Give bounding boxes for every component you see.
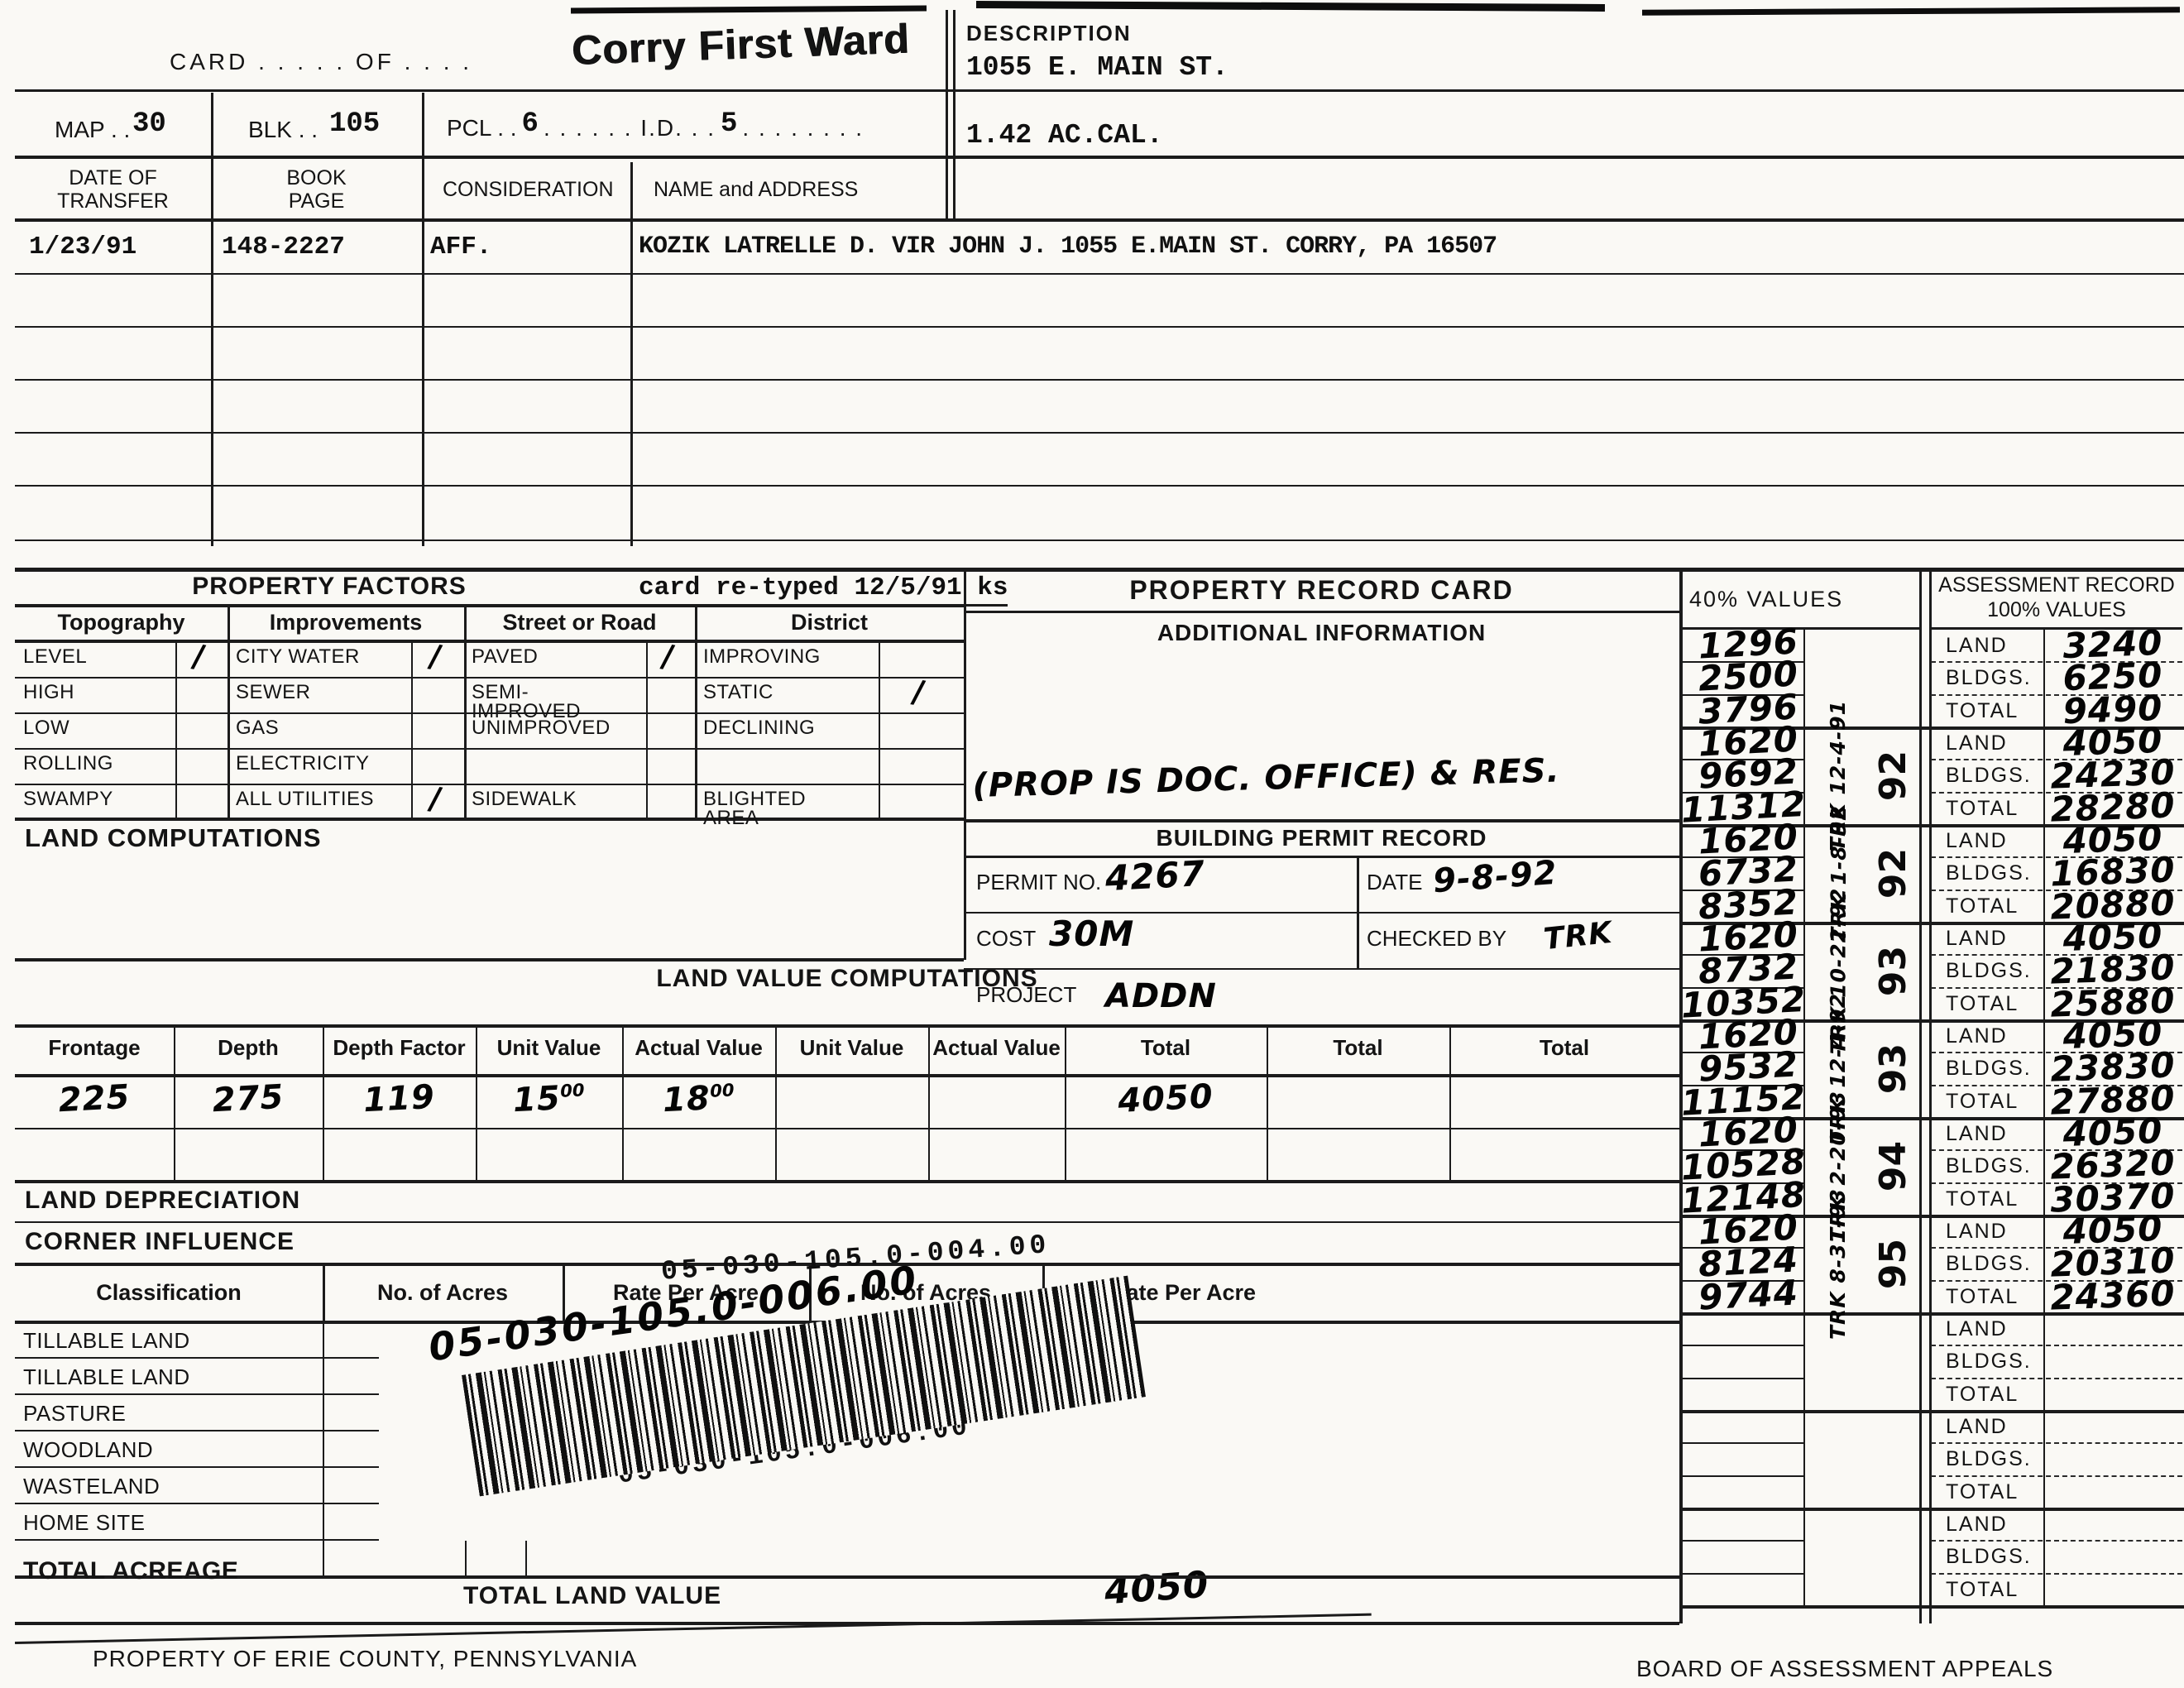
pcl-row: PCL . . 6 . . . . . . I.D. . . 5 . . . .…	[447, 109, 864, 141]
assessment-label-land: LAND	[1946, 732, 2008, 755]
assessment-row-divider	[1931, 1475, 2182, 1477]
lvc-header-4: Unit Value	[477, 1036, 620, 1060]
pcl-label: PCL . .	[447, 109, 517, 141]
description-value: 1055 E. MAIN ST.	[966, 53, 1228, 83]
transfer-date: 1/23/91	[29, 233, 136, 261]
grid-line	[646, 640, 648, 818]
grid-line	[15, 1357, 379, 1359]
factor-improving: IMPROVING	[703, 648, 836, 667]
assessment-label-land: LAND	[1946, 1513, 2008, 1537]
assessment-label-land: LAND	[1946, 1025, 2008, 1048]
additional-information-label: ADDITIONAL INFORMATION	[964, 621, 1679, 646]
cost-value: 30M	[1049, 915, 1134, 953]
footer-board: BOARD OF ASSESSMENT APPEALS	[1636, 1657, 2053, 1682]
assessment-label-land: LAND	[1946, 1220, 2008, 1244]
assessment-label-land: LAND	[1946, 928, 2008, 951]
classification-row-woodland: WOODLAND	[23, 1438, 153, 1462]
year-stamp: 92	[1868, 727, 1919, 824]
grid-line	[1679, 1410, 2184, 1413]
factor-column-2: Improvements	[227, 611, 464, 635]
grid-line	[15, 1128, 1679, 1129]
footer-county: PROPERTY OF ERIE COUNTY, PENNSYLVANIA	[93, 1647, 637, 1672]
total-land-value-amount: 4050	[1103, 1566, 1210, 1613]
permit-no-label: PERMIT NO.	[976, 870, 1101, 894]
lvc-value-1: 225	[16, 1077, 173, 1121]
retyped-note: card re-typed 12/5/91 ks	[639, 574, 1008, 607]
assessment-row-divider	[1931, 1540, 2182, 1542]
grid-line	[1681, 1475, 1803, 1477]
assessment-label-land: LAND	[1946, 635, 2008, 658]
year-stamp: 95	[1868, 1215, 1919, 1312]
id-value: 5	[721, 109, 737, 140]
checked-by-label: CHECKED BY	[1367, 927, 1506, 951]
assessment-row-divider	[1931, 1378, 2182, 1379]
grid-line	[15, 1575, 1679, 1579]
permit-no-value: 4267	[1104, 855, 1206, 898]
additional-information-note: (PROP IS DOC. OFFICE) & RES.	[972, 752, 1560, 804]
assessment-row-divider	[1931, 1442, 2182, 1444]
grid-line	[879, 640, 880, 818]
grid-line	[964, 611, 1679, 613]
transfer-header-consideration: CONSIDERATION	[443, 179, 614, 202]
assessment-label-land: LAND	[1946, 1318, 2008, 1341]
assessment-label-total: TOTAL	[1946, 1481, 2019, 1504]
assessment-value: 24360	[2046, 1274, 2180, 1317]
forty-percent-value: 9744	[1680, 1273, 1799, 1318]
assessment-title-line2: 100% VALUES	[1933, 599, 2181, 622]
factor-blighted-area: BLIGHTED AREA	[703, 790, 836, 828]
classification-row-tillable-land: TILLABLE LAND	[23, 1329, 190, 1353]
grid-line	[15, 432, 2184, 434]
factor-city-water: CITY WATER	[236, 648, 405, 667]
grid-line	[15, 677, 964, 679]
classification-row-total-acreage: TOTAL ACREAGE	[23, 1557, 238, 1585]
total-land-value-label: TOTAL LAND VALUE	[463, 1582, 721, 1609]
lvc-value-5: 1800	[623, 1077, 774, 1120]
acreage-value: 1.42 AC.CAL.	[966, 121, 1163, 151]
assessment-title-line1: ASSESSMENT RECORD	[1933, 574, 2181, 597]
lvc-header-1: Frontage	[17, 1036, 172, 1060]
lvc-header-7: Actual Value	[930, 1036, 1063, 1060]
land-computations-label: LAND COMPUTATIONS	[25, 824, 322, 852]
grid-line	[15, 1074, 1679, 1077]
grid-line	[1357, 856, 1359, 970]
grid-line	[15, 156, 2184, 159]
grid-line	[1679, 1605, 2184, 1609]
factor-static: STATIC	[703, 683, 836, 703]
blk-value: 105	[329, 109, 380, 140]
grid-line	[15, 1503, 379, 1504]
factor-column-4: District	[695, 611, 964, 635]
grid-line	[15, 640, 964, 643]
factor-swampy: SWAMPY	[23, 790, 170, 809]
property-record-card-scan: CARD . . . . . OF . . . . Corry First Wa…	[0, 0, 2184, 1688]
factor-unimproved: UNIMPROVED	[472, 719, 596, 738]
grid-line	[15, 604, 964, 607]
classification-header-2: No. of Acres	[323, 1281, 563, 1306]
factor-all-utilities: ALL UTILITIES	[236, 790, 405, 809]
grid-line	[2043, 627, 2045, 1605]
lvc-header-3: Depth Factor	[324, 1036, 474, 1060]
property-factors-title: PROPERTY FACTORS	[15, 573, 644, 600]
grid-line	[953, 10, 955, 222]
permit-date-label: DATE	[1367, 870, 1422, 894]
lvc-value-3: 119	[323, 1077, 475, 1120]
grid-line	[15, 1466, 379, 1468]
grid-line	[411, 640, 413, 818]
grid-line	[15, 1614, 1372, 1644]
scan-artifact	[571, 5, 927, 13]
assessment-label-bldgs: BLDGS.	[1946, 1350, 2032, 1374]
lvc-value-4: 1500	[477, 1077, 621, 1121]
factor-level: LEVEL	[23, 648, 170, 667]
checked-by-value: TRK	[1542, 917, 1614, 957]
classification-row-pasture: PASTURE	[23, 1402, 126, 1426]
assessment-label-land: LAND	[1946, 1416, 2008, 1439]
grid-line	[15, 273, 2184, 275]
grid-line	[15, 1539, 379, 1541]
grid-line	[15, 1180, 1679, 1183]
permit-date-value: 9-8-92	[1432, 855, 1559, 899]
assessment-label-total: TOTAL	[1946, 1286, 2019, 1309]
grid-line	[15, 784, 964, 785]
map-label: MAP . .	[55, 117, 130, 143]
grid-line	[1681, 1442, 1803, 1444]
grid-line	[1681, 1540, 1803, 1542]
assessment-label-land: LAND	[1946, 830, 2008, 853]
grid-line	[15, 326, 2184, 328]
transfer-header-date2: TRANSFER	[15, 190, 211, 213]
factor-electricity: ELECTRICITY	[236, 755, 405, 774]
land-depreciation-label: LAND DEPRECIATION	[25, 1187, 300, 1214]
pcl-value: 6	[522, 109, 539, 140]
grid-line	[1681, 1573, 1803, 1575]
grid-line	[465, 1541, 467, 1575]
lvc-value-2: 275	[175, 1077, 322, 1120]
property-record-card-title: PROPERTY RECORD CARD	[964, 576, 1679, 605]
lvc-header-6: Unit Value	[777, 1036, 927, 1060]
id-label: . . . . . . I.D. . .	[544, 109, 716, 141]
building-permit-title: BUILDING PERMIT RECORD	[964, 826, 1679, 851]
scan-artifact	[976, 1, 1605, 12]
values-40-title: 40% VALUES	[1689, 587, 1843, 612]
year-stamp: 93	[1868, 922, 1919, 1019]
blk-label: BLK . .	[248, 117, 318, 143]
factor-low: LOW	[23, 719, 170, 738]
assessment-label-bldgs: BLDGS.	[1946, 1057, 2032, 1081]
lvc-header-5: Actual Value	[624, 1036, 773, 1060]
factor-high: HIGH	[23, 683, 170, 703]
grid-line	[15, 958, 964, 961]
transfer-header-date: DATE OF	[15, 167, 211, 190]
transfer-header-page: PAGE	[211, 190, 422, 213]
assessment-label-bldgs: BLDGS.	[1946, 862, 2032, 885]
grid-line	[15, 539, 2184, 541]
grid-line	[227, 604, 230, 818]
assessment-label-total: TOTAL	[1946, 993, 2019, 1016]
grid-line	[964, 819, 1679, 822]
assessment-label-total: TOTAL	[1946, 1579, 2019, 1602]
classification-header-1: Classification	[15, 1281, 323, 1306]
grid-line	[15, 485, 2184, 487]
grid-line	[323, 1321, 324, 1575]
grid-line	[964, 568, 966, 960]
grid-line	[1679, 1508, 2184, 1511]
corner-influence-label: CORNER INFLUENCE	[25, 1228, 295, 1255]
ward-stamp: Corry First Ward	[571, 17, 910, 74]
grid-line	[1681, 1345, 1803, 1346]
lvc-header-2: Depth	[175, 1036, 321, 1060]
lvc-header-10: Total	[1451, 1036, 1678, 1060]
transfer-name-address: KOZIK LATRELLE D. VIR JOHN J. 1055 E.MAI…	[639, 233, 1497, 261]
grid-line	[695, 604, 697, 818]
factor-declining: DECLINING	[703, 719, 836, 738]
grid-line	[525, 1541, 527, 1575]
assessment-label-bldgs: BLDGS.	[1946, 1155, 2032, 1178]
year-stamp: 92	[1868, 824, 1919, 922]
grid-line	[15, 1024, 1679, 1028]
grid-line	[15, 748, 964, 750]
lvc-header-9: Total	[1268, 1036, 1448, 1060]
assessment-row-divider	[1931, 1573, 2182, 1575]
factor-sewer: SEWER	[236, 683, 405, 703]
grid-line	[15, 218, 2184, 222]
year-stamp: 93	[1868, 1019, 1919, 1117]
id-trailing-dots: . . . . . . . .	[742, 109, 864, 141]
assessment-label-total: TOTAL	[1946, 1188, 2019, 1211]
factor-gas: GAS	[236, 719, 405, 738]
assessment-label-total: TOTAL	[1946, 700, 2019, 723]
assessment-label-total: TOTAL	[1946, 798, 2019, 821]
assessment-label-bldgs: BLDGS.	[1946, 960, 2032, 983]
map-value: 30	[132, 109, 166, 140]
transfer-book-page: 148-2227	[222, 233, 345, 261]
annotation-date-stamp: TRK 8-31-93	[1805, 1215, 1871, 1312]
card-of-label: CARD . . . . . OF . . . .	[170, 50, 472, 75]
assessment-label-land: LAND	[1946, 1123, 2008, 1146]
classification-row-home-site: HOME SITE	[23, 1511, 146, 1535]
factor-paved: PAVED	[472, 648, 596, 667]
grid-line	[630, 162, 633, 546]
assessment-row-divider	[1931, 1345, 2182, 1346]
assessment-label-bldgs: BLDGS.	[1946, 1546, 2032, 1569]
grid-line	[964, 912, 1679, 914]
grid-line	[946, 10, 948, 222]
grid-line	[175, 640, 177, 818]
assessment-label-bldgs: BLDGS.	[1946, 1448, 2032, 1471]
grid-line	[1681, 1378, 1803, 1379]
grid-line	[464, 604, 467, 818]
transfer-header-book: BOOK	[211, 167, 422, 190]
description-label: DESCRIPTION	[966, 22, 1132, 46]
factor-column-3: Street or Road	[464, 611, 695, 635]
year-stamp: 94	[1868, 1117, 1919, 1215]
grid-line	[15, 1430, 379, 1431]
lvc-header-8: Total	[1066, 1036, 1265, 1060]
transfer-header-name: NAME and ADDRESS	[654, 179, 858, 202]
scan-artifact	[1642, 7, 2180, 15]
assessment-label-total: TOTAL	[1946, 1383, 2019, 1407]
assessment-label-total: TOTAL	[1946, 895, 2019, 918]
assessment-label-total: TOTAL	[1946, 1091, 2019, 1114]
grid-line	[15, 1221, 1679, 1223]
assessment-label-bldgs: BLDGS.	[1946, 667, 2032, 690]
grid-line	[15, 89, 2184, 92]
classification-row-wasteland: WASTELAND	[23, 1475, 160, 1499]
grid-line	[15, 1393, 379, 1395]
grid-line	[964, 856, 1679, 858]
cost-label: COST	[976, 927, 1036, 951]
grid-line	[15, 568, 2184, 572]
factor-semi-improved: SEMI-IMPROVED	[472, 683, 596, 722]
grid-line	[964, 968, 1679, 970]
factor-rolling: ROLLING	[23, 755, 170, 774]
assessment-label-bldgs: BLDGS.	[1946, 1253, 2032, 1276]
factor-column-1: Topography	[15, 611, 227, 635]
grid-line	[211, 93, 213, 546]
lvc-value-8: 4050	[1066, 1076, 1266, 1123]
transfer-consideration: AFF.	[430, 233, 491, 261]
grid-line	[422, 93, 424, 546]
factor-sidewalk: SIDEWALK	[472, 790, 596, 809]
grid-line	[15, 379, 2184, 381]
classification-row-tillable-land: TILLABLE LAND	[23, 1365, 190, 1389]
assessment-label-bldgs: BLDGS.	[1946, 765, 2032, 788]
